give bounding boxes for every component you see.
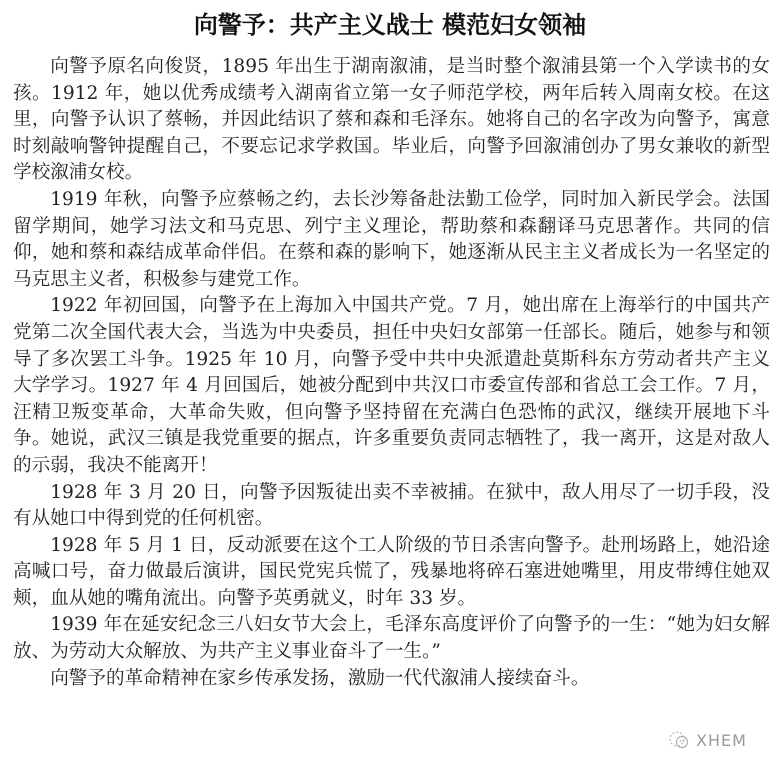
document-body: 向警予原名向俊贤，1895 年出生于湖南溆浦，是当时整个溆浦县第一个入学读书的女… xyxy=(13,54,770,692)
paragraph-mao-tribute: 1939 年在延安纪念三八妇女节大会上，毛泽东高度评价了向警予的一生：“她为妇女… xyxy=(13,612,770,665)
paragraph-france-study: 1919 年秋，向警予应蔡畅之约，去长沙筹备赴法勤工俭学，同时加入新民学会。法国… xyxy=(13,187,770,293)
paragraph-arrest: 1928 年 3 月 20 日，向警予因叛徒出卖不幸被捕。在狱中，敌人用尽了一切… xyxy=(13,480,770,533)
document-page: 向警予：共产主义战士 模范妇女领袖 向警予原名向俊贤，1895 年出生于湖南溆浦… xyxy=(0,0,780,771)
wechat-icon xyxy=(668,729,690,751)
document-title: 向警予：共产主义战士 模范妇女领袖 xyxy=(0,8,780,42)
paragraph-party-work: 1922 年初回国，向警予在上海加入中国共产党。7 月，她出席在上海举行的中国共… xyxy=(13,293,770,479)
paragraph-execution: 1928 年 5 月 1 日，反动派要在这个工人阶级的节日杀害向警予。赴刑场路上… xyxy=(13,533,770,613)
paragraph-early-life: 向警予原名向俊贤，1895 年出生于湖南溆浦，是当时整个溆浦县第一个入学读书的女… xyxy=(13,54,770,187)
watermark-label: XHEM xyxy=(696,731,747,750)
watermark: XHEM xyxy=(668,729,747,751)
paragraph-legacy: 向警予的革命精神在家乡传承发扬，激励一代代溆浦人接续奋斗。 xyxy=(13,666,770,693)
